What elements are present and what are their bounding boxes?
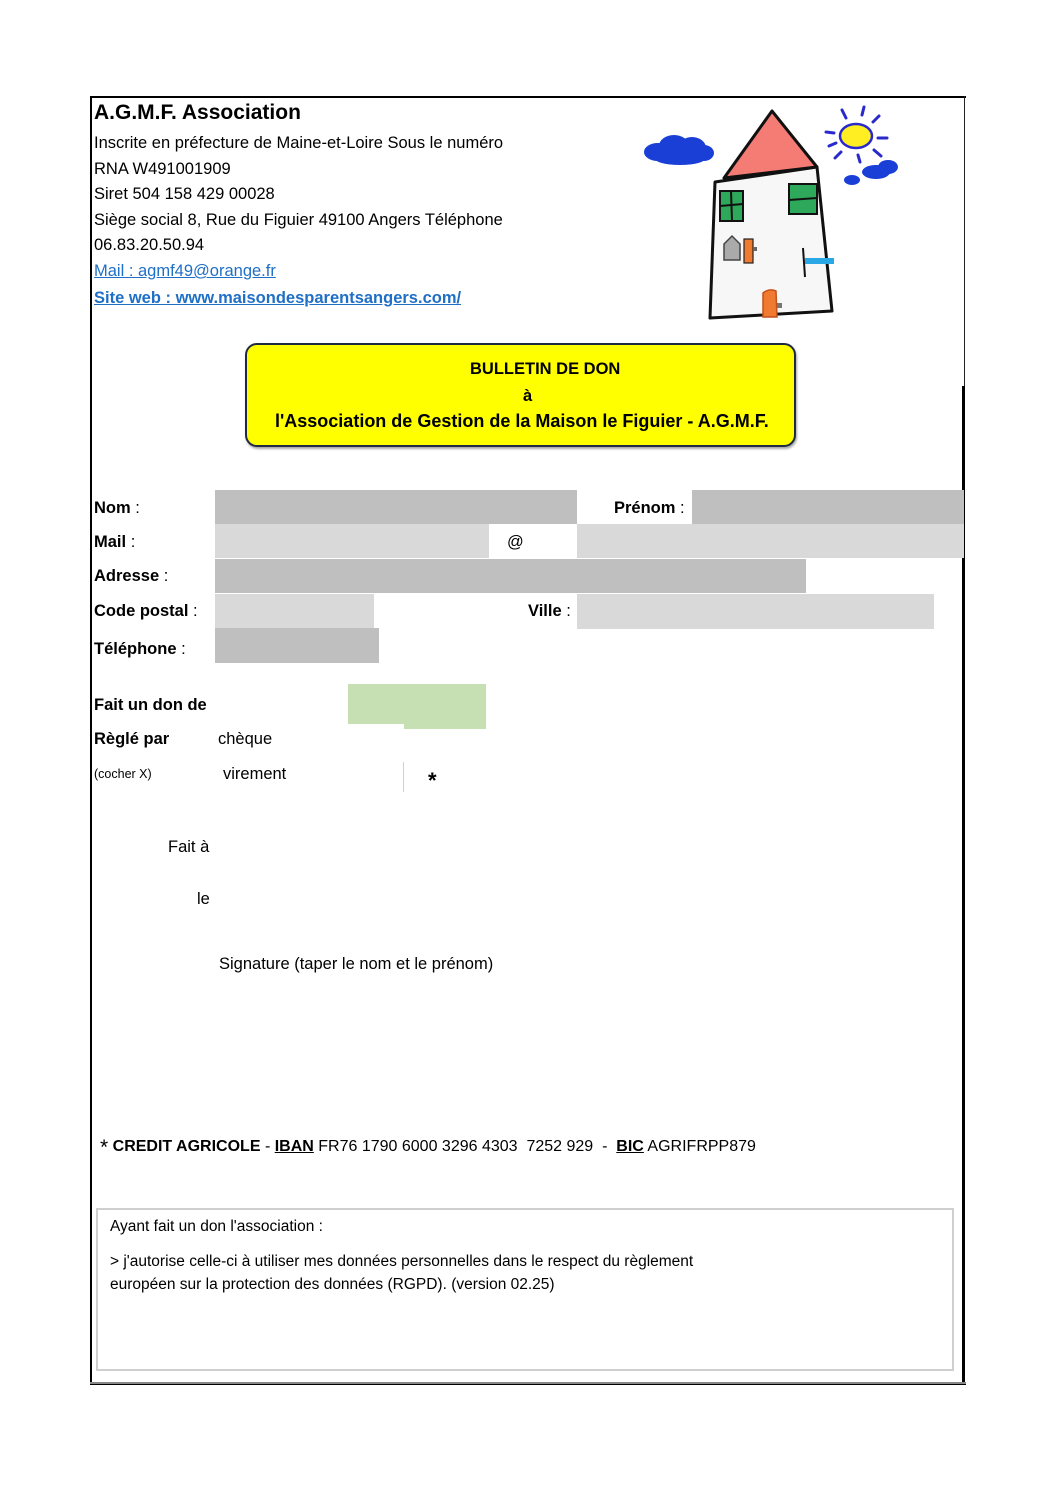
date-label: le bbox=[197, 890, 210, 909]
website-link[interactable]: Site web : www.maisondesparentsangers.co… bbox=[94, 289, 461, 308]
donation-amount-field[interactable] bbox=[348, 684, 486, 724]
adresse-label: Adresse : bbox=[94, 567, 168, 586]
checkbox-cell-divider bbox=[403, 762, 404, 792]
payment-method-label: Règlé par bbox=[94, 730, 169, 749]
rgpd-consent-line-1: > j'autorise celle-ci à utiliser mes don… bbox=[110, 1253, 693, 1271]
mail-domain-field[interactable] bbox=[577, 524, 964, 558]
iban-value: FR76 1790 6000 3296 4303 7252 929 - bbox=[314, 1138, 616, 1155]
banner-subtitle: l'Association de Gestion de la Maison le… bbox=[275, 411, 769, 432]
ville-field[interactable] bbox=[577, 594, 934, 629]
org-siret: Siret 504 158 429 00028 bbox=[94, 185, 275, 204]
bank-name: CREDIT AGRICOLE bbox=[113, 1138, 261, 1155]
rgpd-consent-box: Ayant fait un don l'association : > j'au… bbox=[96, 1208, 954, 1371]
adresse-field[interactable] bbox=[215, 559, 806, 593]
place-label: Fait à bbox=[168, 838, 209, 857]
code-postal-field[interactable] bbox=[215, 594, 374, 629]
payment-option-virement[interactable]: virement bbox=[223, 765, 286, 784]
org-name: A.G.M.F. Association bbox=[94, 101, 301, 125]
house-drawing-icon bbox=[636, 100, 906, 325]
org-registration: Inscrite en préfecture de Maine-et-Loire… bbox=[94, 134, 503, 153]
donation-amount-field-extension bbox=[404, 720, 486, 729]
bank-details: * CREDIT AGRICOLE - IBAN FR76 1790 6000 … bbox=[100, 1136, 756, 1160]
code-postal-label: Code postal : bbox=[94, 602, 198, 621]
telephone-field[interactable] bbox=[215, 628, 379, 663]
bic-label: BIC bbox=[616, 1138, 644, 1155]
rgpd-intro: Ayant fait un don l'association : bbox=[110, 1218, 323, 1236]
at-sign: @ bbox=[507, 533, 524, 552]
frame-right-border bbox=[964, 96, 965, 386]
mail-user-field[interactable] bbox=[215, 524, 489, 558]
iban-label: IBAN bbox=[275, 1138, 314, 1155]
telephone-label: Téléphone : bbox=[94, 640, 186, 659]
prenom-label: Prénom : bbox=[614, 499, 685, 518]
frame-bottom-shadow bbox=[90, 1382, 966, 1384]
mail-label: Mail : bbox=[94, 533, 135, 552]
org-address: Siège social 8, Rue du Figuier 49100 Ang… bbox=[94, 211, 503, 230]
ville-label: Ville : bbox=[528, 602, 571, 621]
bank-note-marker: * bbox=[100, 1136, 108, 1159]
donation-amount-label: Fait un don de bbox=[94, 696, 207, 715]
virement-note-marker: * bbox=[428, 768, 437, 794]
rgpd-consent-line-2: européen sur la protection des données (… bbox=[110, 1276, 555, 1294]
bic-value: AGRIFRPP879 bbox=[644, 1138, 756, 1155]
banner-title: BULLETIN DE DON bbox=[470, 360, 620, 379]
org-phone: 06.83.20.50.94 bbox=[94, 236, 204, 255]
payment-option-cheque[interactable]: chèque bbox=[218, 730, 272, 749]
prenom-field[interactable] bbox=[692, 490, 964, 524]
nom-label: Nom : bbox=[94, 499, 140, 518]
signature-label: Signature (taper le nom et le prénom) bbox=[219, 955, 493, 974]
title-banner: BULLETIN DE DON à l'Association de Gesti… bbox=[245, 343, 796, 447]
org-rna: RNA W491001909 bbox=[94, 160, 231, 179]
banner-preposition: à bbox=[523, 387, 532, 406]
nom-field[interactable] bbox=[215, 490, 577, 524]
payment-hint: (cocher X) bbox=[94, 767, 152, 781]
mail-link[interactable]: Mail : agmf49@orange.fr bbox=[94, 262, 276, 281]
